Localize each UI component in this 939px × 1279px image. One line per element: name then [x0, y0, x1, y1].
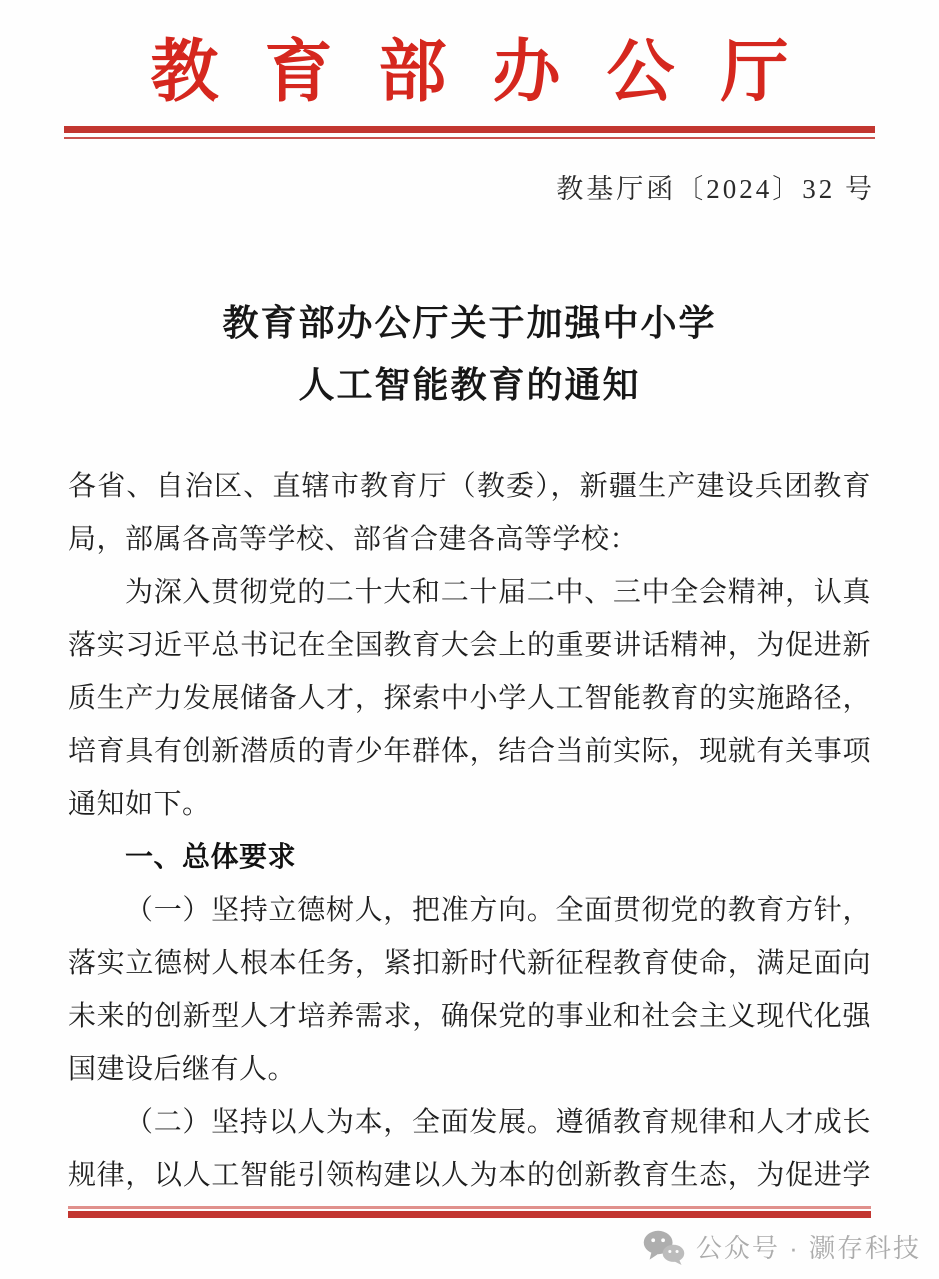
divider-thick-line — [64, 126, 875, 133]
document-body: 各省、自治区、直辖市教育厅（教委），新疆生产建设兵团教育 局，部属各高等学校、部… — [68, 460, 871, 1202]
divider-thin-line — [64, 137, 875, 139]
body-line: 培育具有创新潜质的青少年群体，结合当前实际，现就有关事项 — [68, 725, 871, 778]
letterhead-title: 教育部办公厅 — [0, 34, 939, 110]
letterhead-divider — [64, 126, 875, 139]
body-line: 落实习近平总书记在全国教育大会上的重要讲话精神，为促进新 — [68, 619, 871, 672]
document-title-line2: 人工智能教育的通知 — [0, 354, 939, 416]
body-line: 为深入贯彻党的二十大和二十届二中、三中全会精神，认真 — [68, 566, 871, 619]
body-line: （二）坚持以人为本，全面发展。遵循教育规律和人才成长 — [68, 1096, 871, 1149]
body-line: 各省、自治区、直辖市教育厅（教委），新疆生产建设兵团教育 — [68, 460, 871, 513]
body-line: 质生产力发展储备人才，探索中小学人工智能教育的实施路径， — [68, 672, 871, 725]
wechat-icon — [642, 1229, 686, 1265]
divider-thin-line — [68, 1206, 871, 1209]
document-title-line1: 教育部办公厅关于加强中小学 — [0, 292, 939, 354]
body-line: （一）坚持立德树人，把准方向。全面贯彻党的教育方针， — [68, 884, 871, 937]
body-line: 未来的创新型人才培养需求，确保党的事业和社会主义现代化强 — [68, 990, 871, 1043]
body-line: 局，部属各高等学校、部省合建各高等学校： — [68, 513, 871, 566]
body-line: 规律，以人工智能引领构建以人为本的创新教育生态，为促进学 — [68, 1149, 871, 1202]
body-line: 国建设后继有人。 — [68, 1043, 871, 1096]
body-line: 落实立德树人根本任务，紧扣新时代新征程教育使命，满足面向 — [68, 937, 871, 990]
official-document-page: 教育部办公厅 教基厅函〔2024〕32 号 教育部办公厅关于加强中小学 人工智能… — [0, 0, 939, 1279]
body-line: 通知如下。 — [68, 778, 871, 831]
divider-thick-line — [68, 1211, 871, 1218]
watermark: 公众号 · 灏存科技 — [642, 1228, 921, 1265]
section-heading: 一、总体要求 — [68, 831, 871, 884]
document-number: 教基厅函〔2024〕32 号 — [0, 167, 875, 206]
page-bottom-divider — [68, 1206, 871, 1218]
document-title: 教育部办公厅关于加强中小学 人工智能教育的通知 — [0, 292, 939, 416]
watermark-label: 公众号 · 灏存科技 — [696, 1228, 921, 1265]
